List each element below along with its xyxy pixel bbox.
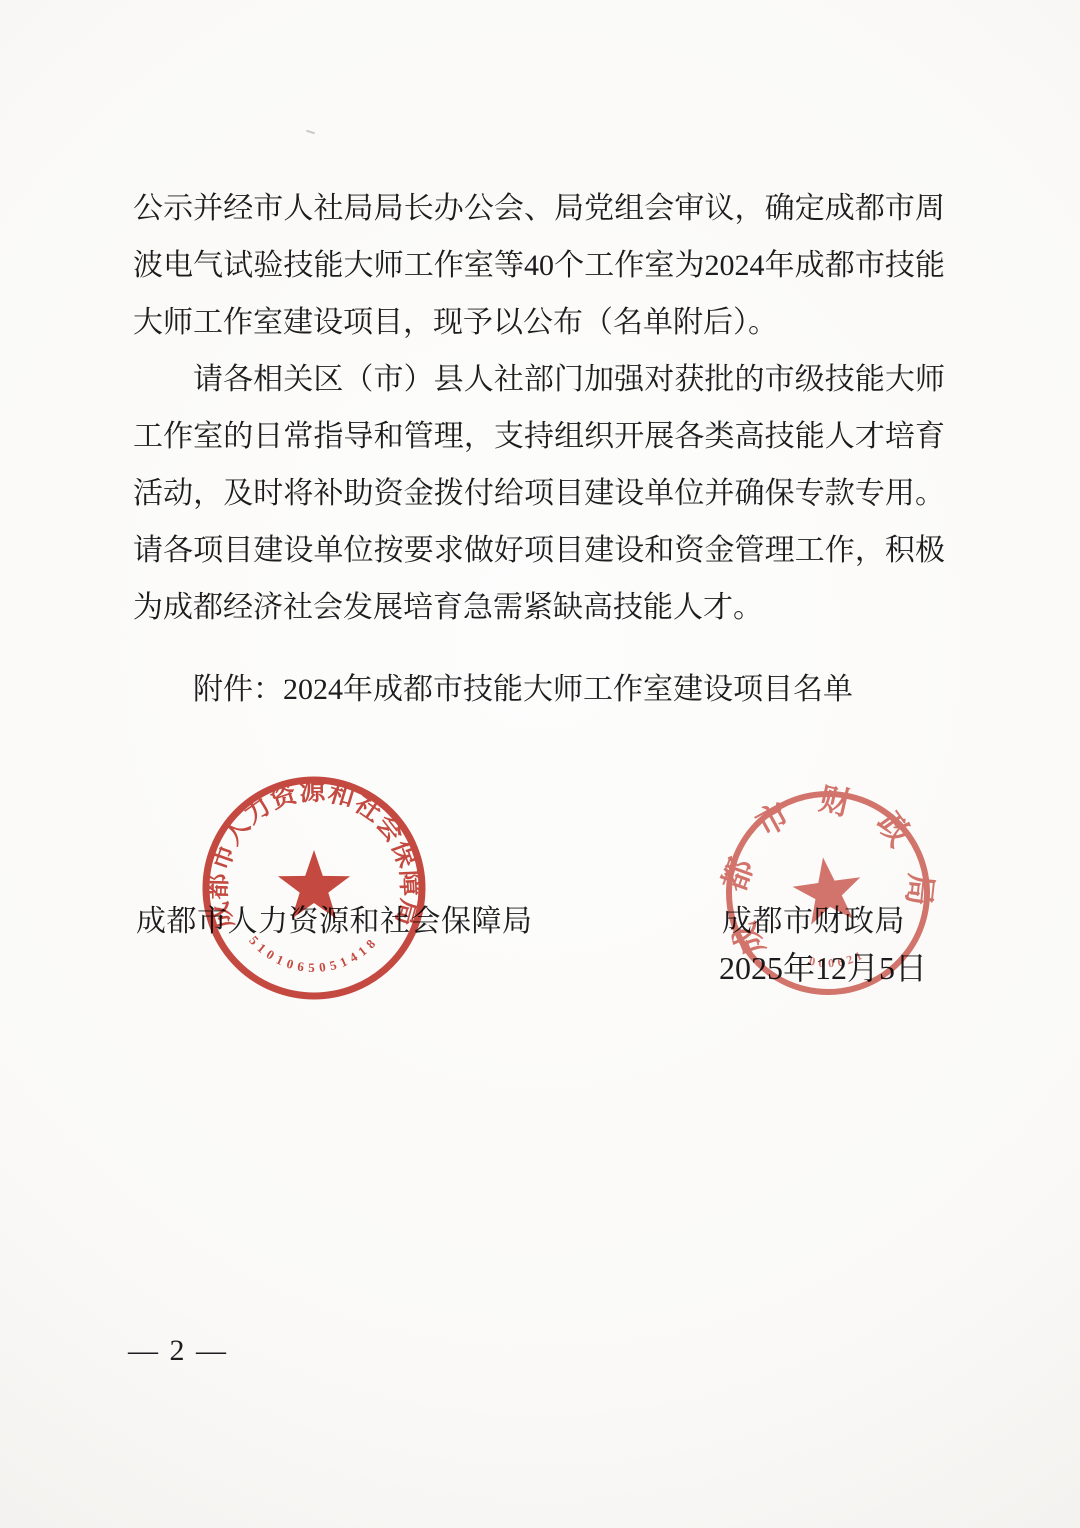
document-body: 公示并经市人社局局长办公会、局党组会审议，确定成都市周波电气试验技能大师工作室等… bbox=[133, 180, 945, 636]
seal-serial-number: 000621 bbox=[806, 946, 869, 974]
document-page: 公示并经市人社局局长办公会、局党组会审议，确定成都市周波电气试验技能大师工作室等… bbox=[0, 0, 1080, 1528]
seal-star-icon bbox=[278, 850, 350, 919]
paper-smudge bbox=[306, 130, 315, 135]
attachment-line: 附件：2024年成都市技能大师工作室建设项目名单 bbox=[133, 667, 945, 712]
body-paragraph-2: 请各相关区（市）县人社部门加强对获批的市级技能大师工作室的日常指导和管理，支持组… bbox=[133, 351, 945, 636]
official-seal-right: 成都市财政局 000621 bbox=[718, 783, 938, 1003]
official-seal-left: 成都市人力资源和社会保障局 5101065051418 bbox=[194, 768, 434, 1008]
seal-serial-number: 5101065051418 bbox=[246, 933, 381, 975]
body-paragraph-1: 公示并经市人社局局长办公会、局党组会审议，确定成都市周波电气试验技能大师工作室等… bbox=[133, 180, 945, 351]
seal-star-icon bbox=[789, 853, 866, 927]
page-number: — 2 — bbox=[128, 1334, 228, 1368]
